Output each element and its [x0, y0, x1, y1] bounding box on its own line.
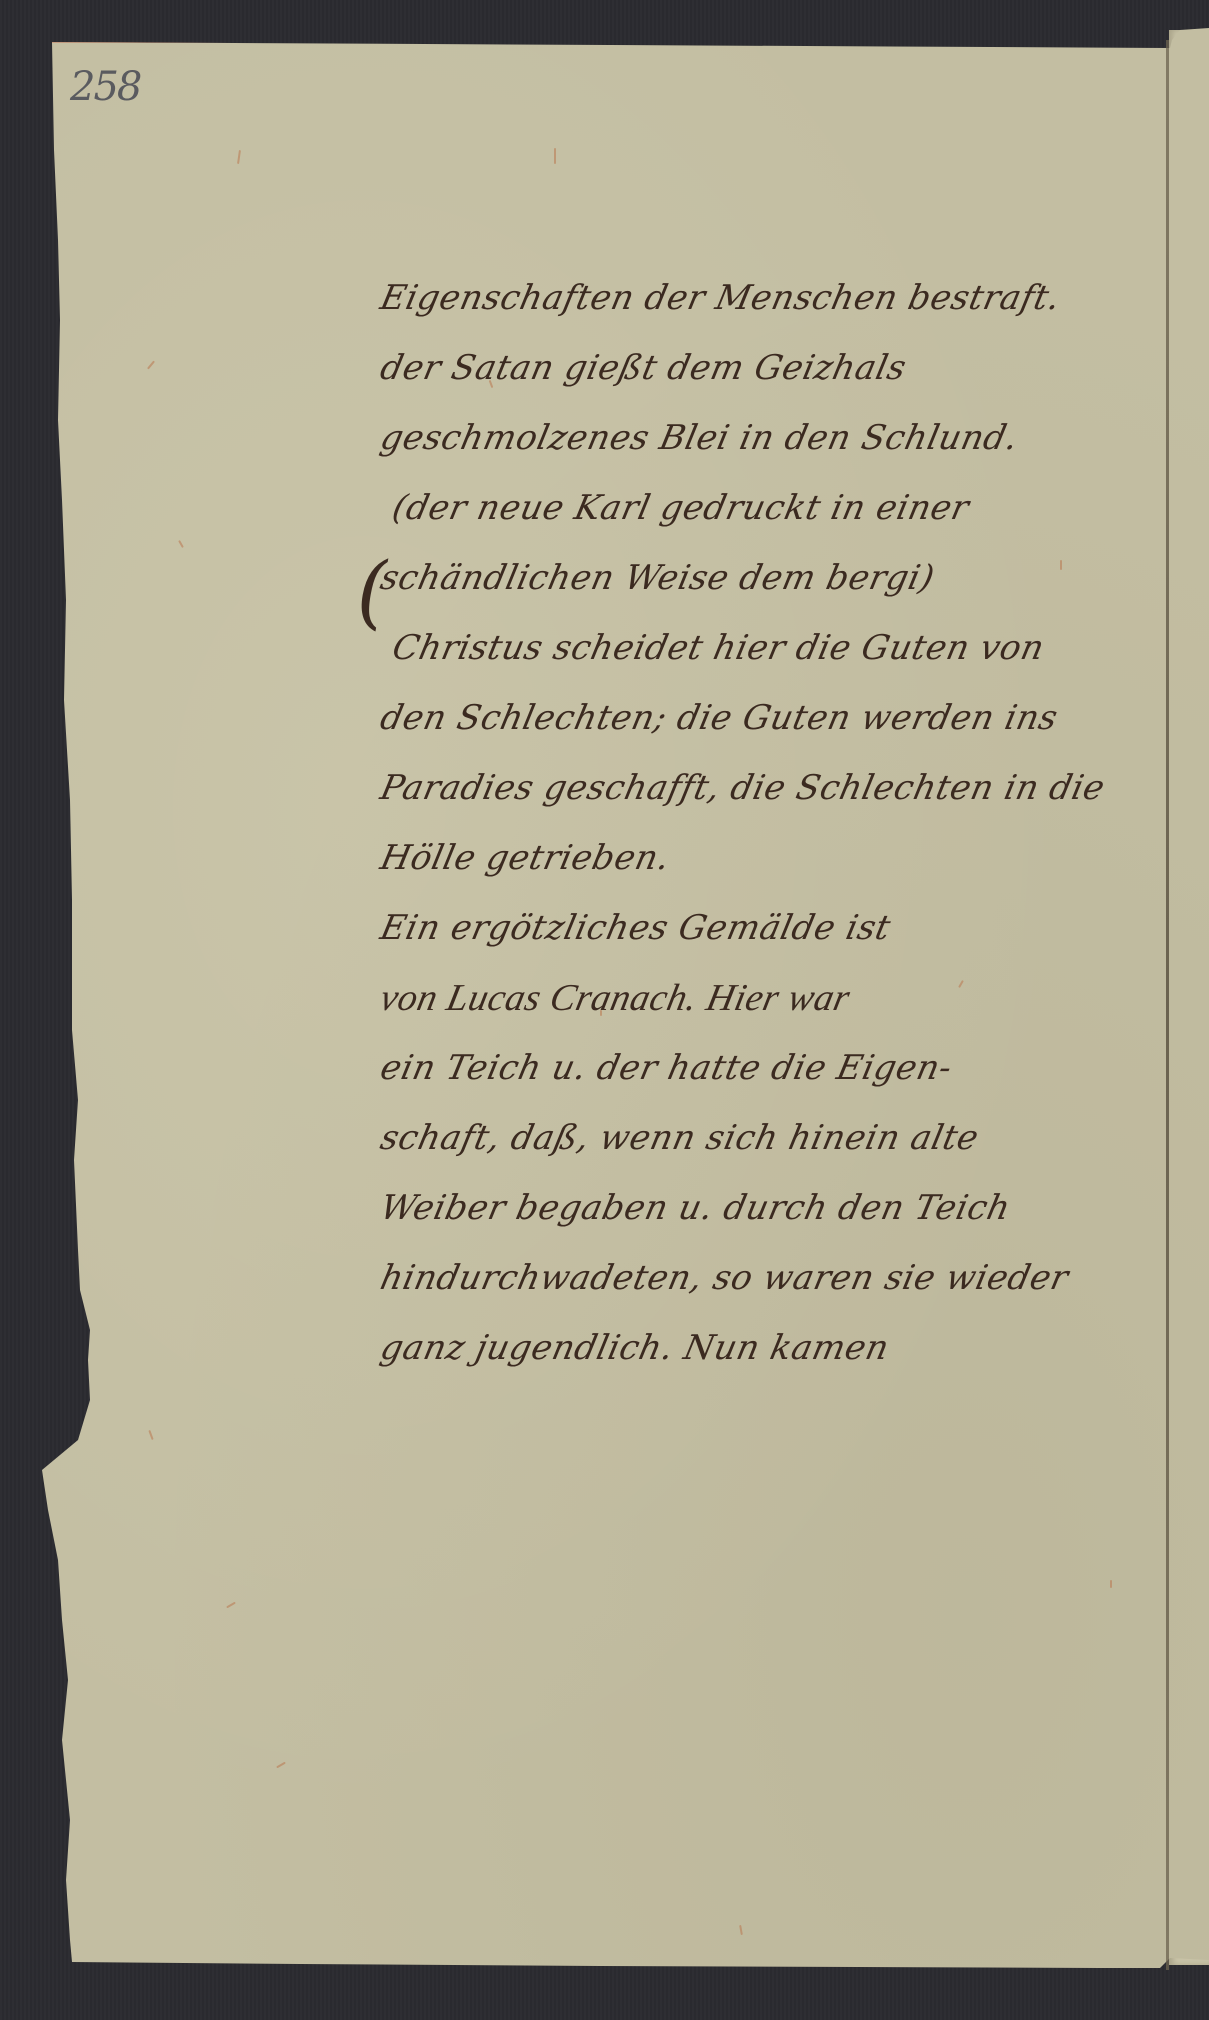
paper-fibre	[148, 1430, 153, 1440]
manuscript-line: der Satan gießt dem Geizhals	[370, 350, 1125, 420]
scan-background: 258 ( Eigenschaften der Menschen bestraf…	[0, 0, 1209, 2020]
manuscript-line: Christus scheidet hier die Guten von	[370, 630, 1125, 700]
manuscript-page: 258 ( Eigenschaften der Menschen bestraf…	[0, 0, 1209, 2020]
manuscript-line: ganz jugendlich. Nun kamen	[370, 1330, 1125, 1400]
binding-gutter	[1166, 40, 1169, 1970]
page-number: 258	[70, 64, 140, 110]
paper-fibre	[276, 1762, 286, 1769]
paper-fibre	[1110, 1580, 1112, 1588]
manuscript-line: geschmolzenes Blei in den Schlund.	[370, 420, 1125, 490]
manuscript-line: Ein ergötzliches Gemälde ist	[370, 910, 1125, 980]
paper-fibre	[147, 361, 155, 370]
paper-fibre	[554, 148, 556, 164]
manuscript-line: schaft, daß, wenn sich hinein alte	[370, 1120, 1125, 1190]
page-top-edge	[52, 40, 1170, 43]
manuscript-line: (der neue Karl gedruckt in einer	[370, 490, 1125, 560]
manuscript-line: hindurchwadeten, so waren sie wieder	[370, 1260, 1125, 1330]
paper-fibre	[226, 1602, 236, 1609]
manuscript-line: Hölle getrieben.	[370, 840, 1125, 910]
manuscript-line: den Schlechten; die Guten werden ins	[370, 700, 1125, 770]
manuscript-line: Weiber begaben u. durch den Teich	[370, 1190, 1125, 1260]
manuscript-line: Eigenschaften der Menschen bestraft.	[370, 280, 1125, 350]
paper-fibre	[237, 150, 241, 164]
handwritten-text-block: Eigenschaften der Menschen bestraft. der…	[370, 280, 1110, 1400]
manuscript-line: schändlichen Weise dem bergi)	[370, 560, 1125, 630]
manuscript-line: Paradies geschafft, die Schlechten in di…	[370, 770, 1125, 840]
manuscript-line-cranach: von Lucas Cranach. Hier war	[370, 980, 1125, 1050]
paper-fibre	[739, 1925, 743, 1935]
paper-fibre	[178, 540, 184, 548]
manuscript-line: ein Teich u. der hatte die Eigen-	[370, 1050, 1125, 1120]
